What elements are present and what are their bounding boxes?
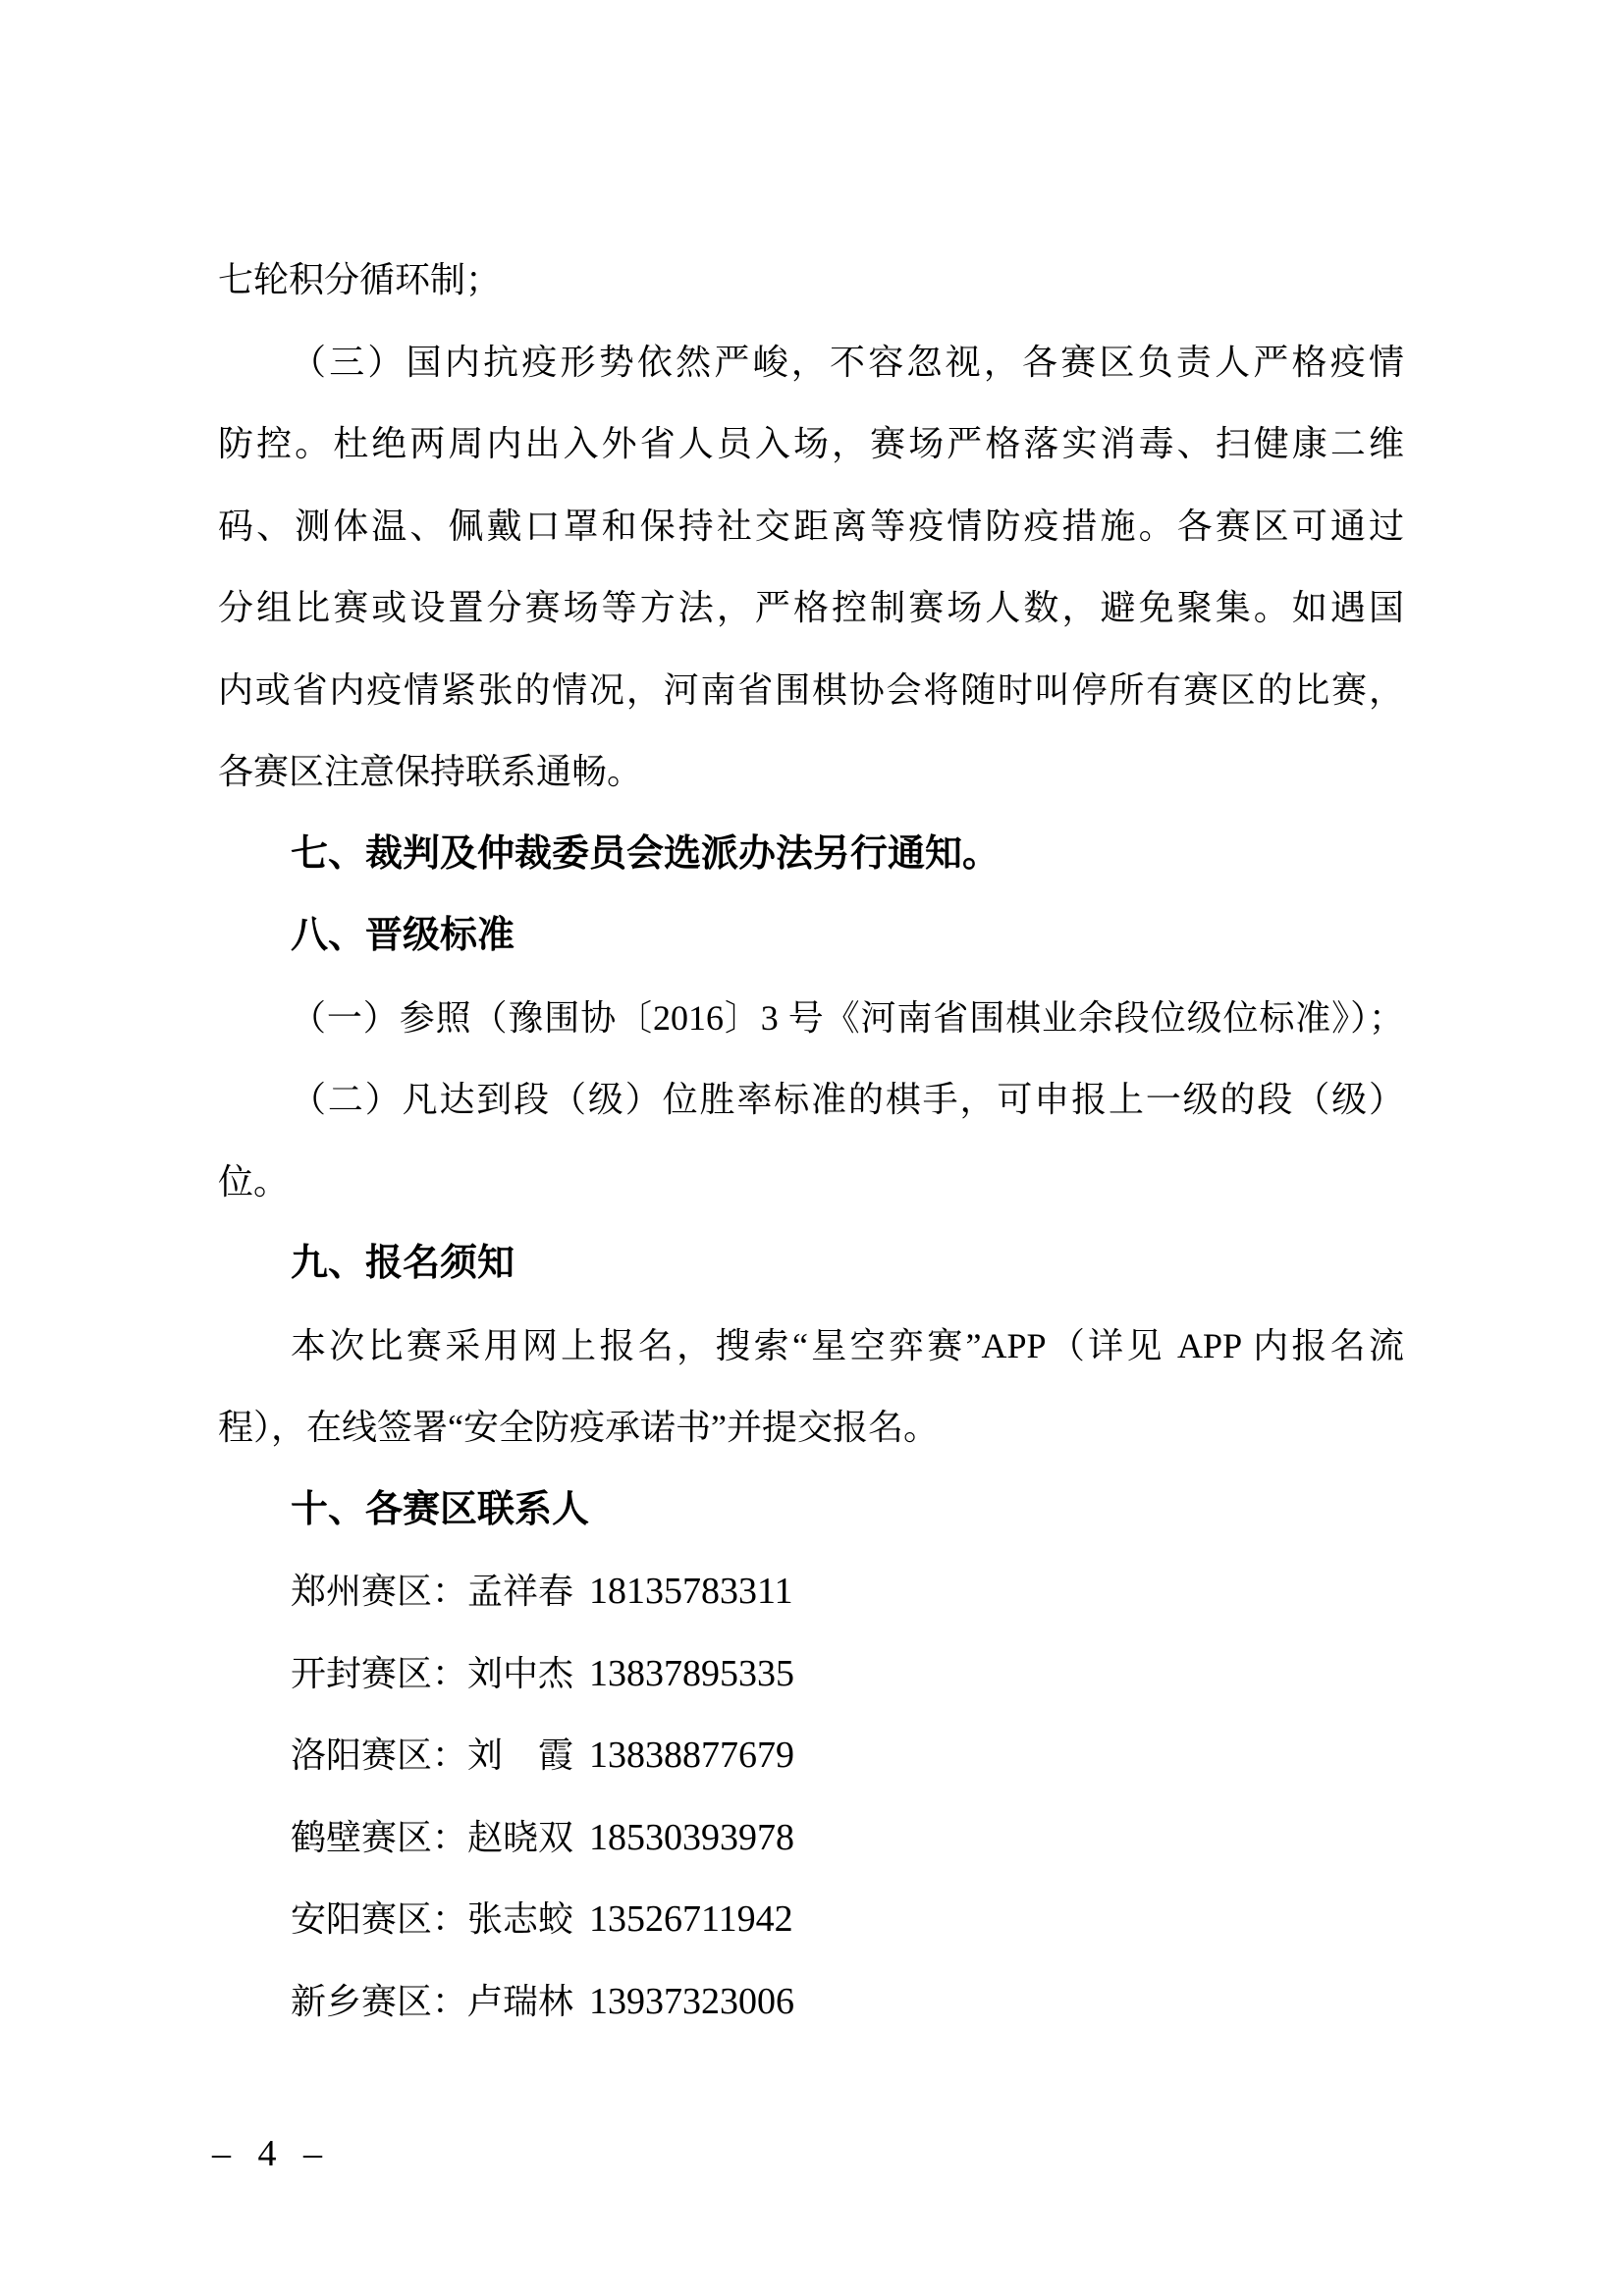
contact-row: 安阳赛区：张志蛟13526711942 — [218, 1879, 1404, 1961]
contact-row: 洛阳赛区：刘 霞13838877679 — [218, 1715, 1404, 1797]
contact-name: 孟祥春 — [467, 1572, 573, 1611]
paragraph-line: （三）国内抗疫形势依然严峻，不容忽视，各赛区负责人严格疫情 — [218, 322, 1404, 404]
contact-region-label: 安阳赛区： — [291, 1899, 467, 1939]
contact-row: 鹤壁赛区：赵晓双18530393978 — [218, 1797, 1404, 1880]
contact-name: 卢瑞林 — [467, 1982, 573, 2021]
contact-phone: 13526711942 — [589, 1898, 793, 1940]
contact-name: 张志蛟 — [467, 1899, 573, 1939]
contact-name: 刘中杰 — [467, 1654, 573, 1693]
contact-region-label: 开封赛区： — [291, 1654, 467, 1693]
contact-row: 郑州赛区：孟祥春18135783311 — [218, 1551, 1404, 1633]
contact-name: 赵晓双 — [467, 1818, 573, 1857]
contact-phone: 13838877679 — [589, 1735, 794, 1776]
section-heading-promotion: 八、晋级标准 — [218, 895, 1404, 978]
document-body: 七轮积分循环制； （三）国内抗疫形势依然严峻，不容忽视，各赛区负责人严格疫情 防… — [218, 240, 1404, 2043]
page-number: – 4 – — [212, 2113, 331, 2196]
document-page: 七轮积分循环制； （三）国内抗疫形势依然严峻，不容忽视，各赛区负责人严格疫情 防… — [0, 0, 1624, 2296]
contact-region-label: 鹤壁赛区： — [291, 1818, 467, 1857]
contact-region-label: 洛阳赛区： — [291, 1735, 467, 1775]
paragraph-line: 程），在线签署“安全防疫承诺书”并提交报名。 — [218, 1387, 1404, 1469]
contact-row: 开封赛区：刘中杰13837895335 — [218, 1633, 1404, 1716]
paragraph-tail-line: 七轮积分循环制； — [218, 240, 1404, 322]
section-heading-referees: 七、裁判及仲裁委员会选派办法另行通知。 — [218, 814, 1404, 896]
list-item-line: （二）凡达到段（级）位胜率标准的棋手，可申报上一级的段（级） — [218, 1059, 1404, 1142]
contact-phone: 18530393978 — [589, 1817, 794, 1858]
paragraph-line: 内或省内疫情紧张的情况，河南省围棋协会将随时叫停所有赛区的比赛， — [218, 650, 1404, 732]
contact-name: 刘 霞 — [467, 1735, 573, 1775]
paragraph-line: 码、测体温、佩戴口罩和保持社交距离等疫情防疫措施。各赛区可通过 — [218, 486, 1404, 568]
contact-phone: 13937323006 — [589, 1981, 794, 2022]
section-heading-contacts: 十、各赛区联系人 — [218, 1469, 1404, 1552]
paragraph-line: 本次比赛采用网上报名，搜索“星空弈赛”APP（详见 APP 内报名流 — [218, 1306, 1404, 1388]
list-item-line: 位。 — [218, 1142, 1404, 1224]
paragraph-line: 防控。杜绝两周内出入外省人员入场，赛场严格落实消毒、扫健康二维 — [218, 403, 1404, 486]
paragraph-line: 各赛区注意保持联系通畅。 — [218, 731, 1404, 814]
contact-phone: 13837895335 — [589, 1653, 794, 1694]
contact-row: 新乡赛区：卢瑞林13937323006 — [218, 1961, 1404, 2044]
list-item-line: （一）参照（豫围协〔2016〕3 号《河南省围棋业余段位级位标准》）； — [218, 978, 1404, 1060]
section-heading-registration: 九、报名须知 — [218, 1223, 1404, 1306]
contact-region-label: 新乡赛区： — [291, 1982, 467, 2021]
paragraph-line: 分组比赛或设置分赛场等方法，严格控制赛场人数，避免聚集。如遇国 — [218, 567, 1404, 650]
contact-region-label: 郑州赛区： — [291, 1572, 467, 1611]
contact-phone: 18135783311 — [589, 1571, 793, 1612]
